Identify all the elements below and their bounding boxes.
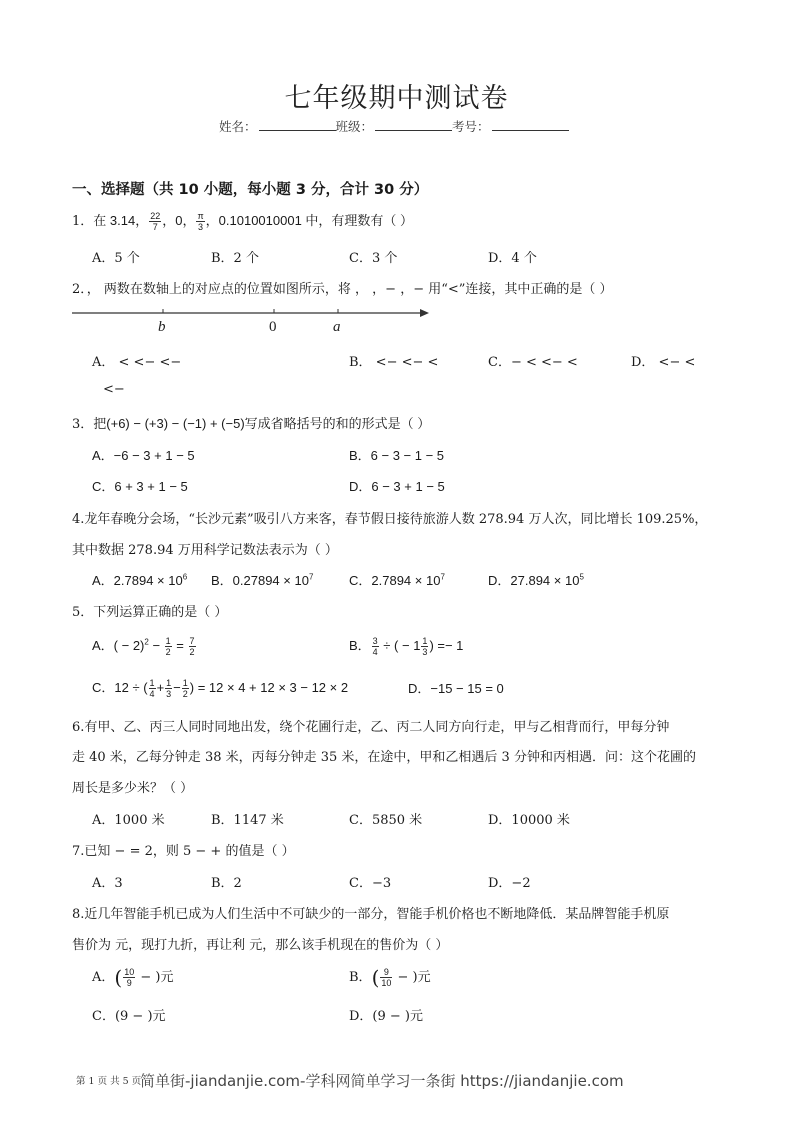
question-number: 8. — [72, 907, 84, 922]
q6-option-d[interactable]: D．10000 米 — [488, 809, 570, 828]
denominator: 3 — [196, 222, 204, 232]
arrow-head-icon — [420, 309, 429, 317]
numerator: 3 — [372, 636, 379, 647]
q8-option-c[interactable]: C．(9 − )元 — [92, 1005, 166, 1024]
stem-text: 有甲、乙、丙三人同时同地出发，绕个花圃行走，乙、丙二人同方向行走，甲与乙相背而行… — [84, 720, 669, 735]
denominator: 3 — [165, 689, 172, 699]
paren: ( — [114, 966, 122, 990]
exam-no-blank — [492, 120, 569, 131]
option-text: ÷ ( − 1 — [380, 638, 421, 653]
student-info-line: 姓名：班级：考号： — [219, 117, 569, 135]
q8-option-d[interactable]: D．(9 − )元 — [349, 1005, 423, 1024]
fraction: 109 — [123, 967, 135, 988]
fraction: 12 — [165, 636, 172, 657]
numerator: π — [196, 211, 204, 222]
q3-option-a[interactable]: A．−6 − 3 + 1 − 5 — [92, 445, 195, 464]
fraction: 910 — [380, 967, 392, 988]
option-text: − )元 — [136, 970, 173, 985]
option-text: A． — [92, 970, 114, 985]
exponent: 5 — [579, 573, 583, 582]
stem-text: 近几年智能手机已成为人们生活中不可缺少的一部分，智能手机价格也不断地降低．某品牌… — [84, 907, 669, 922]
q8-option-b[interactable]: B．(910 − )元 — [349, 966, 431, 988]
option-text: B．0.27894 × 10 — [211, 573, 309, 588]
page-number: 第 1 页 共 5 页 — [76, 1073, 141, 1087]
q5-option-c[interactable]: C．12 ÷ (14+13−12) = 12 × 4 + 12 × 3 − 12… — [92, 677, 348, 699]
paren: ( — [372, 966, 380, 990]
option-text: − — [149, 638, 164, 653]
q6-option-c[interactable]: C．5850 米 — [349, 809, 422, 828]
numerator: 1 — [182, 678, 189, 689]
denominator: 9 — [123, 978, 135, 988]
question-number: 7. — [72, 844, 84, 859]
number-line-figure: b 0 a — [72, 303, 432, 343]
q4-option-d[interactable]: D．27.894 × 105 — [488, 570, 584, 589]
name-blank — [259, 120, 336, 131]
fraction: π3 — [196, 211, 204, 232]
class-blank — [375, 120, 452, 131]
question-number: 5． — [72, 605, 93, 620]
stem-text: ，0， — [162, 213, 195, 228]
fraction: 13 — [165, 678, 172, 699]
stem-text: 已知 − = 2，则 5 − + 的值是（ ） — [84, 844, 294, 859]
question-3-stem: 3．把(+6) − (+3) − (−1) + (−5)写成省略括号的和的形式是… — [72, 413, 430, 432]
question-number: 1． — [72, 214, 93, 229]
denominator: 3 — [421, 647, 428, 657]
q7-option-a[interactable]: A．3 — [92, 872, 123, 891]
q6-option-b[interactable]: B．1147 米 — [211, 809, 284, 828]
stem-text: 下列运算正确的是（ ） — [93, 605, 227, 620]
question-1-stem: 1．在 3.14，227，0，π3，0.1010010001 中，有理数有（ ） — [72, 210, 413, 232]
q3-option-c[interactable]: C．6 + 3 + 1 − 5 — [92, 476, 188, 495]
svg-text:0: 0 — [269, 319, 277, 335]
q3-option-d[interactable]: D．6 − 3 + 1 − 5 — [349, 476, 445, 495]
question-4-stem-line1: 4.龙年春晚分会场，“长沙元素”吸引八方来客，春节假日接待旅游人数 278.94… — [72, 508, 707, 527]
denominator: 7 — [149, 222, 161, 232]
q6-option-a[interactable]: A．1000 米 — [92, 809, 165, 828]
page-title: 七年级期中测试卷 — [0, 76, 793, 115]
stem-text: ， 两数在数轴上的对应点的位置如图所示，将 ， ，− ，− 用“<”连接，其中正… — [87, 282, 613, 297]
option-text: − — [173, 680, 181, 695]
q2-option-a[interactable]: A． < <− <− — [92, 351, 181, 370]
question-number: 4. — [72, 512, 84, 527]
name-label: 姓名： — [219, 119, 257, 134]
q7-option-d[interactable]: D．−2 — [488, 872, 531, 891]
exam-no-label: 考号： — [452, 119, 490, 134]
q3-option-b[interactable]: B．6 − 3 − 1 − 5 — [349, 445, 444, 464]
q1-option-b[interactable]: B．2 个 — [211, 247, 259, 266]
q4-option-a[interactable]: A．2.7894 × 106 — [92, 570, 187, 589]
q2-option-b[interactable]: B． <− <− < — [349, 351, 438, 370]
option-text: ) = 12 × 4 + 12 × 3 − 12 × 2 — [190, 680, 348, 695]
q5-option-d[interactable]: D．−15 − 15 = 0 — [408, 678, 504, 697]
question-5-stem: 5．下列运算正确的是（ ） — [72, 601, 227, 620]
question-8-stem-line1: 8.近几年智能手机已成为人们生活中不可缺少的一部分，智能手机价格也不断地降低．某… — [72, 903, 669, 922]
numerator: 10 — [123, 967, 135, 978]
question-6-stem-line1: 6.有甲、乙、丙三人同时同地出发，绕个花圃行走，乙、丙二人同方向行走，甲与乙相背… — [72, 716, 669, 735]
question-number: 3． — [72, 417, 93, 432]
stem-text: 龙年春晚分会场，“长沙元素”吸引八方来客，春节假日接待旅游人数 278.94 万… — [84, 512, 707, 527]
watermark: 简单街-jiandanjie.com-学科网简单学习一条街 https://ji… — [140, 1070, 624, 1091]
question-number: 6. — [72, 720, 84, 735]
stem-text: 把(+6) − (+3) − (−1) + (−5)写成省略括号的和的形式是（ … — [93, 416, 430, 431]
question-6-stem-line3: 周长是多少米？（ ） — [72, 777, 193, 796]
denominator: 4 — [372, 647, 379, 657]
denominator: 4 — [149, 689, 156, 699]
fraction: 227 — [149, 211, 161, 232]
numerator: 22 — [149, 211, 161, 222]
denominator: 2 — [189, 647, 196, 657]
option-text: + — [157, 680, 165, 695]
question-7-stem: 7.已知 − = 2，则 5 − + 的值是（ ） — [72, 840, 295, 859]
option-text: A．2.7894 × 10 — [92, 573, 183, 588]
option-text: = — [173, 638, 188, 653]
exponent: 7 — [309, 573, 313, 582]
option-text: B． — [349, 638, 371, 653]
option-text: B． — [349, 970, 372, 985]
exponent: 7 — [440, 573, 444, 582]
exponent: 6 — [183, 573, 187, 582]
q1-option-a[interactable]: A．5 个 — [92, 247, 140, 266]
numerator: 1 — [165, 678, 172, 689]
option-text: ) =− 1 — [429, 638, 463, 653]
q4-option-b[interactable]: B．0.27894 × 107 — [211, 570, 313, 589]
stem-text: 在 3.14， — [93, 213, 148, 228]
svg-text:b: b — [158, 319, 166, 335]
fraction: 13 — [421, 636, 428, 657]
numerator: 1 — [421, 636, 428, 647]
q5-option-a[interactable]: A．( − 2)2 − 12 = 72 — [92, 635, 197, 657]
q1-option-d[interactable]: D．4 个 — [488, 247, 537, 266]
fraction: 12 — [182, 678, 189, 699]
q2-option-d-wrap: <− — [103, 382, 125, 397]
class-label: 班级： — [336, 119, 374, 134]
denominator: 2 — [165, 647, 172, 657]
section-heading: 一、选择题（共 10 小题，每小题 3 分，合计 30 分） — [72, 178, 428, 199]
question-number: 2． — [72, 282, 87, 297]
fraction: 14 — [149, 678, 156, 699]
q2-option-d[interactable]: D． <− < — [631, 351, 695, 370]
q8-option-a[interactable]: A．(109 − )元 — [92, 966, 173, 988]
svg-text:a: a — [333, 319, 341, 335]
option-text: D．27.894 × 10 — [488, 573, 579, 588]
option-text: − )元 — [393, 970, 430, 985]
fraction: 34 — [372, 636, 379, 657]
numerator: 1 — [165, 636, 172, 647]
option-text: C．12 ÷ ( — [92, 680, 148, 695]
numerator: 1 — [149, 678, 156, 689]
denominator: 2 — [182, 689, 189, 699]
numerator: 9 — [380, 967, 392, 978]
question-4-stem-line2: 其中数据 278.94 万用科学记数法表示为（ ） — [72, 539, 338, 558]
stem-text: ，0.1010010001 中，有理数有（ ） — [206, 213, 413, 228]
denominator: 10 — [380, 978, 392, 988]
question-8-stem-line2: 售价为 元，现打九折，再让利 元，那么该手机现在的售价为（ ） — [72, 934, 448, 953]
numerator: 7 — [189, 636, 196, 647]
fraction: 72 — [189, 636, 196, 657]
q5-option-b[interactable]: B．34 ÷ ( − 113) =− 1 — [349, 635, 463, 657]
q7-option-c[interactable]: C．−3 — [349, 872, 391, 891]
option-text: C．2.7894 × 10 — [349, 573, 440, 588]
q4-option-c[interactable]: C．2.7894 × 107 — [349, 570, 445, 589]
question-6-stem-line2: 走 40 米，乙每分钟走 38 米，丙每分钟走 35 米，在途中，甲和乙相遇后 … — [72, 746, 696, 765]
q7-option-b[interactable]: B．2 — [211, 872, 242, 891]
question-2-stem: 2．， 两数在数轴上的对应点的位置如图所示，将 ， ，− ，− 用“<”连接，其… — [72, 278, 613, 297]
q1-option-c[interactable]: C．3 个 — [349, 247, 397, 266]
q2-option-c[interactable]: C．− < <− < — [488, 351, 578, 370]
option-text: A．( − 2) — [92, 638, 144, 653]
